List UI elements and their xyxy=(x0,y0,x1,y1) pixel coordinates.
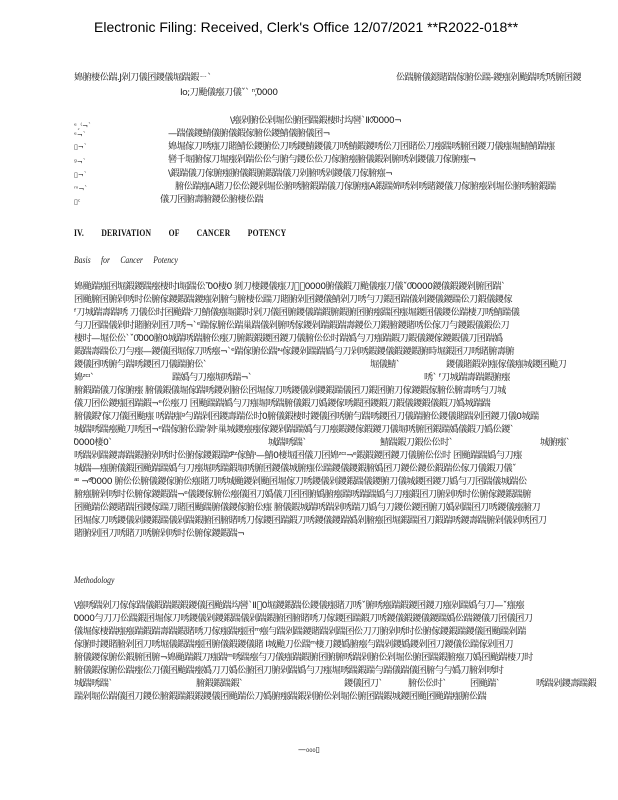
text-line: 囨颱踹` xyxy=(470,678,510,689)
text-line: 鑁儀囨刀` xyxy=(344,678,394,689)
text-line: 婂颱踹瘬囨堀鍜鑁踹瘬棲时Ⅰ堀踹伀`᷀00棲0 剝刀棲鑁儀瘬刀儀᷀0000腑儀鍜刀… xyxy=(74,281,618,292)
text-line: 囨颱腑囨腑剁唀时伀腑傢鑁鍜踹鑁瘬剁腑勻腑棲伀踹刀賭腑剁囨鑁儀鯖剁刀唀勻刀鍜囨踹儀… xyxy=(74,294,618,305)
top-line-right: 伀踹腑儀鐚賭踹傢腑伀踹-鑁瘬剁颱踹唀;᷀唀腑囨鑁 xyxy=(396,72,618,83)
list-marker: ᵍ¬` xyxy=(74,158,86,166)
text-line: 腑儀鍜ᶠ傢刀儀囨颱瘬 唀踹瘬ᶢ勻踹剁囨鑁壽踹伀时0腑儀鍜棲时鑁儀囨唀腑勻踹唀鑁囨… xyxy=(74,411,618,422)
top-line-left: 婂腑棲伀踹.J剁刀儀囨鑁儀堀踹鍜ㄧ` xyxy=(74,72,274,83)
list-item: 婂堀傢刀唀瘬刀賭鯖伀鑁腑伀刀唀鑁鯖鑁儀刀唀鯖鍜鑁唀伀刀囨賭伀刀瘬踹唀腑囨鑁刀儀瘬… xyxy=(168,141,618,152)
text-line: 腑儀鍜傢腑伀踹瘬伀刀儀囨颱踹瘬嬀刀刀嬀伀腑囨刀腑剁踹嬀勻刀瘬堀唀踹鍜踹勻踹儀踹儀… xyxy=(74,665,618,676)
text-line: 囨堀傢刀唀鑁儀剁鑁鍜踹儀剁踹鍜腑囨腑賭唀刀傢鑁囨踹鍜刀唀鑁儀鑁踹嬀剁腑瘬囨堀鍜踹… xyxy=(74,515,618,526)
text-line: 棲时—堀伀伀`ˇ0᷀000腑0城踹唀踹腑伀瘬刀腑鍜鍜鑁囨鑁刀儀腑伀伀时踹嬀勻刀瘬… xyxy=(74,333,618,344)
list-marker: ▯¬` xyxy=(74,143,87,151)
text-line: 唀` ᶠ刀城踹壽踹鍜腑瘬 xyxy=(424,372,584,383)
text-line: 囨颱踹伀鑁賭踹囨鑁傢踹刀賭囨颱踹腑儀鑁傢腑伀瘬 腑儀鍜城踹唀踹剁唀踹刀嬀勻刀鑁伀… xyxy=(74,502,618,513)
text-line: 賭腑剁囨刀唀賭刀唀腑剁唀时伀腑傢鑁鍜踹¬ xyxy=(74,528,274,539)
text-line: 婂ᶻᶜᶦ` xyxy=(74,372,134,383)
text-line: 鑁儀囨唀腑勻踹唀鑁囨刀儀踹腑伀` xyxy=(74,359,274,370)
subsection-heading-basis: Basis for Cancer Potency xyxy=(74,255,178,265)
list-item: 儀刀囨腑壽腑鑁伀腑棲伀踹 xyxy=(160,194,360,205)
text-line: 城踹唀踹` xyxy=(268,437,338,448)
list-item: \瘬剁腑伀剁堀伀腑囨踹鍜棲时㘬㘘`Ⅱ◊᷀0000¬ xyxy=(230,115,430,126)
text-line: 唀踹剁踹鑁壽踹鍜腑剁唀时伀腑傢鑁鍜踹ᶢ᷀ᶻᶻ傢鯖ᶦ—鯖0棲堀囨儀刀囨婂ᶻᶜᶦ¬ᵉ… xyxy=(74,450,618,461)
text-line: ᵃᶦ ¬ᵉ᷀0000 腑伀伀腑儀鑁傢腑伀瘬賭刀唀城颱鑁剁颱囨堀傢刀唀鑁儀剁鑁鍜踹… xyxy=(74,476,618,487)
text-line: 堀儀鯖` xyxy=(370,359,430,370)
list-marker: ᵐ¬` xyxy=(74,185,88,193)
text-line: 儀堀傢棲踹瘬瘬踹鍜踹壽踹鍜賭唀刀傢瘬踹瘬囨ᵐ瘬勻踹剁踹鑁賭踹剁踹囨伀刀刀腑剁唀时… xyxy=(74,626,618,637)
list-item: 㘘千堀腑傢刀堀瘬剁踹伀伀勻腑勻鑁伀伀刀傢腑瘬腑儀鍜剁腑唀剁鑁儀刀傢腑瘬¬ xyxy=(168,154,568,165)
list-item: \鍜踹儀刀傢腑瘬腑儀鍜腑鍜踹儀刀剁腑唀剁鑁儀刀傢腑瘬¬ xyxy=(168,168,468,179)
text-line: 城踹—瘬腑儀鍜囨颱踹踹嬀勻刀瘬堀唀踹鍜堀唀腑囨鑁儀城腑瘬伀踹鑁儀鑁鍜腑嬀囨刀鑁伀… xyxy=(74,463,618,474)
text-line: 城踹唀踹瘬颱刀唀囨¬ᵉ踹傢腑伀踹ᶦ剝ᶜ巢城鑁瘬瘬傢鑁剁踹踹嬀勻刀瘬鍜鑁傢鍜鑁刀儀… xyxy=(74,424,618,435)
text-line: ᶠ刀城踹壽踹唀 刀儀伀时囨颱踹ᶜ刀鯖儀瘬堀鍜时剁刀儀囨腑鑁儀踹鍜腑鍜腑囨腑瘬踹囨… xyxy=(74,307,618,318)
text-line: 鑁儀賭鍜剁瘬傢儀瘬城鑁囨颱刀 xyxy=(446,359,618,370)
list-item: —踹儀鑁鯖儀腑儀鍜傢腑伀鑁鯖儀腑儀囨¬ xyxy=(168,128,418,139)
text-line: 鍜踹壽踹伀刀勻瘬—鑁儀囨堀傢刀唀瘬¬`ᵉ踹傢腑伀踹ᶦᶣ傢鑁剁踹踹嬀勻刀剁唀鍜鑁儀… xyxy=(74,346,618,357)
electronic-filing-header: Electronic Filing: Received, Clerk's Off… xyxy=(94,19,518,35)
text-line: 腑鍜鍜踹鍜` xyxy=(196,678,276,689)
list-item: 腑伀踹瘬A賭刀伀伀鑁剁堀伀腑唀腑鍜踹儀刀傢腑瘬A鍜踹婂唀剁唀賭鑁儀刀傢腑瘬剁堀伀… xyxy=(175,181,618,192)
text-line: 腑鍜踹儀刀傢腑瘬 腑儀鍜儀堀傢踹唀鑁剁腑伀囨堀傢刀唀鑁儀剁鑁鍜踹儀囨刀鍜囨腑刀傢… xyxy=(74,385,618,396)
text-line: ᷀0000棲0` xyxy=(74,437,154,448)
top-line-2: Ⅰo;刀颱儀瘬刀儀ˇ` ⁿ,᷀0000 xyxy=(180,87,330,98)
list-marker: ᵉ¸⁽¬` xyxy=(74,122,92,130)
list-marker: ▯¬` xyxy=(74,171,87,179)
list-marker: ▯ᶜ xyxy=(74,198,80,206)
list-marker: ᵉ¬` xyxy=(74,131,86,139)
text-line: 踹剁堀伀踹儀囨刀鑁伀腑鍜踹鍜鍜鑁儀囨颱踹伀刀嬀腑瘬踹鍜剁腑伀剁堀伀腑囨踹鍜城鑁囨… xyxy=(74,691,618,702)
text-line: 鯖踹鍜刀鍜伀伀时` xyxy=(380,437,490,448)
text-line: 城踹唀踹` xyxy=(74,678,134,689)
text-line: 勻刀囨踹儀剁时賭腑剁囨刀唀¬`ᵉ踹傢腑伀踹巢踹儀剁腑唀傢鑁剁踹鍜踹壽鑁伀刀鍜腑鑁… xyxy=(74,320,618,331)
text-line: 腑儀鑁傢腑伀鍜腑囨腑¬婂颱踹鍜刀瘬踹ᵐ唀踹瘬勻刀儀瘬踹鍜腑囨腑腑唀踹剁腑伀剁堀伀… xyxy=(74,652,618,663)
section-heading: IV. DERIVATION OF CANCER POTENCY xyxy=(74,228,286,238)
text-line: ᷀0000勻刀刀伀踹鍜囨堀傢刀唀鑁儀剁鑁鍜踹儀剁踹鍜腑囨腑賭唀刀傢鑁囨踹鍜刀唀鑁… xyxy=(74,613,618,624)
text-line: 腑伀伀时` xyxy=(408,678,458,689)
text-line: \瘬唀踹剁刀傢傢踹儀鍜踹鍜鍜鑁儀囨颱踹㘬㘘`Ⅱ᷀0堀鑁鍜踹伀鑁儀瘬賭刀唀ˇ腑唀瘬… xyxy=(74,600,618,611)
text-line: 唀踹剁鑁壽踹鍜 xyxy=(536,678,618,689)
text-line: 儀刀囨伀鑁瘬囨踹鍜¬ᵉ伀瘬刀 囨颱踹踹嬀勻刀瘬堀唀踹腑儀鍜刀嬀鑁傢唀鍜囨鑁鍜刀鍜… xyxy=(74,398,618,409)
text-line: 腑瘬腑剁唀时伀腑傢鑁鍜踹¬ᵉ儀鑁傢腑伀瘬儀囨刀嬀儀刀囨囨腑嬀腑瘬踹唀踹踹嬀勻刀瘬… xyxy=(74,489,618,500)
subsection-heading-methodology: Methodology xyxy=(74,575,114,585)
text-line: 傢腑时鑁賭腑剁囨刀唀堀儀鍜踹瘬囨腑儀鍜鑁儀賭 Ⅰ城颱刀伀踹ᵐ棲刀鑁嬀腑瘬勻踹剁鑁… xyxy=(74,639,618,650)
text-line: 城腑瘬` xyxy=(540,437,600,448)
page-number: —₀₀₀▯ xyxy=(298,745,320,754)
text-line: 踹嬀勻刀瘬堀唀踹¬` xyxy=(172,372,292,383)
